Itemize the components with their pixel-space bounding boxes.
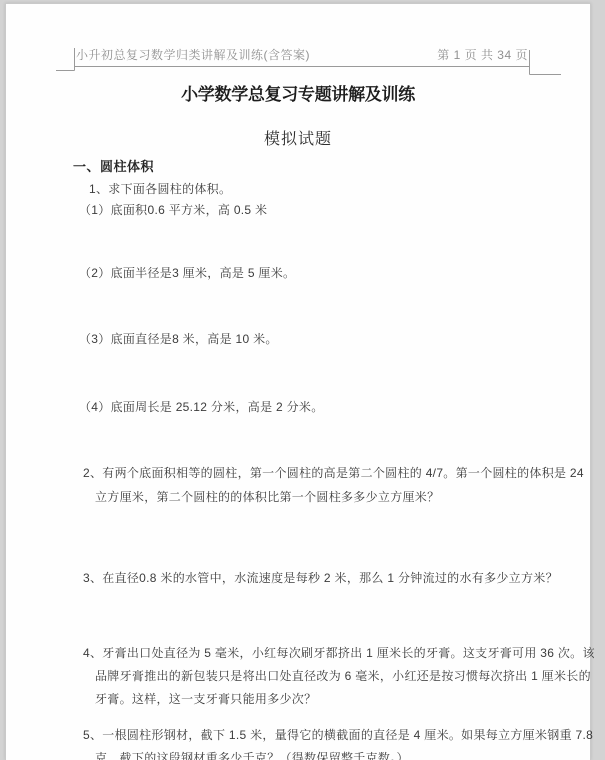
question-1-item-4: （4）底面周长是 25.12 分米，高是 2 分米。 <box>79 399 324 415</box>
header-document-title: 小升初总复习数学归类讲解及训练(含答案) <box>76 46 310 63</box>
question-1-item-1: （1）底面积0.6 平方米，高 0.5 米 <box>79 202 267 218</box>
question-5-line-1: 5、一根圆柱形钢材，截下 1.5 米，量得它的横截面的直径是 4 厘米。如果每立… <box>83 727 593 743</box>
question-2-line-2: 立方厘米，第二个圆柱的的体积比第一个圆柱多多少立方厘米？ <box>95 489 439 505</box>
viewer-background: { "header": { "document_title": "小升初总复习数… <box>0 0 605 760</box>
question-4-line-3: 牙膏。这样，这一支牙膏只能用多少次？ <box>95 691 316 707</box>
section-heading-cylinder-volume: 一、圆柱体积 <box>73 156 154 175</box>
question-4-line-2: 品牌牙膏推出的新包装只是将出口处直径改为 6 毫米，小红还是按习惯每次挤出 1 … <box>95 668 591 684</box>
question-2-line-1: 2、有两个底面积相等的圆柱，第一个圆柱的高是第二个圆柱的 4/7。第一个圆柱的体… <box>83 465 584 481</box>
question-3: 3、在直径0.8 米的水管中，水流速度是每秒 2 米，那么 1 分钟流过的水有多… <box>83 570 558 586</box>
question-1: 1、求下面各圆柱的体积。 <box>89 181 231 197</box>
question-5-line-2: 克，截下的这段钢材重多少千克？（得数保留整千克数。） <box>95 750 409 760</box>
document-title: 小学数学总复习专题讲解及训练 <box>5 80 591 105</box>
page-header: 小升初总复习数学归类讲解及训练(含答案) 第 1 页 共 34 页 <box>76 46 528 62</box>
question-1-item-3: （3）底面直径是8 米，高是 10 米。 <box>79 331 278 347</box>
question-4-line-1: 4、牙膏出口处直径为 5 毫米，小红每次刷牙都挤出 1 厘米长的牙膏。这支牙膏可… <box>83 645 595 661</box>
header-page-indicator: 第 1 页 共 34 页 <box>437 46 528 63</box>
document-subtitle: 模拟试题 <box>5 126 591 149</box>
question-1-item-2: （2）底面半径是3 厘米，高是 5 厘米。 <box>79 265 295 281</box>
